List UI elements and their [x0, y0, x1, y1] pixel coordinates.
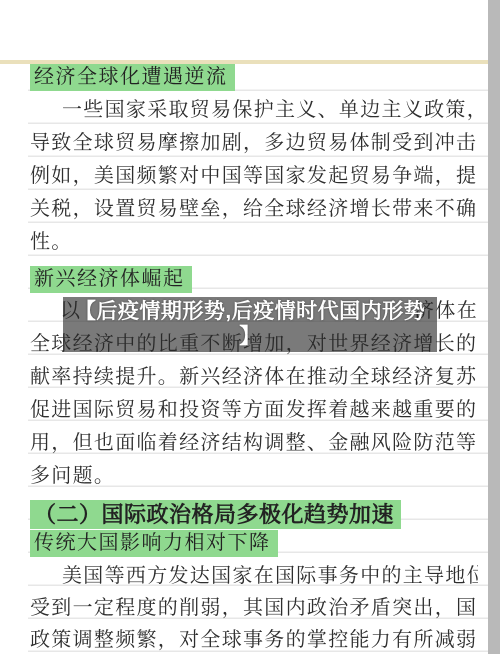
caption-banner-overlay: 【后疫情期形势,后疫情时代国内形势 】 [63, 297, 437, 352]
section-2-heading-wrap: 新兴经济体崛起 [30, 266, 192, 293]
text-line: 用，但也面临着经济结构调整、金融风险防范等诸 [30, 427, 478, 460]
section-1-heading-wrap: 经济全球化遭遇逆流 [30, 64, 235, 91]
text-line: 促进国际贸易和投资等方面发挥着越来越重要的作 [30, 394, 478, 427]
text-line: 受到一定程度的削弱，其国内政治矛盾突出，国际 [30, 592, 478, 624]
text-line: 多问题。 [30, 460, 478, 493]
caption-banner-text-line2: 】 [239, 324, 261, 349]
text-line: 性。 [30, 226, 478, 259]
section-3-subheading-wrap: 传统大国影响力相对下降 [30, 530, 278, 557]
section-3-heading-wrap: （二）国际政治格局多极化趋势加速 [30, 500, 401, 529]
notes-page-screenshot: 经济全球化遭遇逆流 一些国家采取贸易保护主义、单边主义政策， 导致全球贸易摩擦加… [0, 0, 500, 654]
section-1-heading-highlight: 经济全球化遭遇逆流 [30, 64, 235, 91]
section-1-paragraph: 一些国家采取贸易保护主义、单边主义政策， 导致全球贸易摩擦加剧，多边贸易体制受到… [30, 94, 478, 259]
caption-banner-text-line1: 【后疫情期形势,后疫情时代国内形势 [75, 299, 425, 324]
text-line: 政策调整频繁，对全球事务的掌控能力有所减弱。 [30, 624, 478, 654]
text-line: 导致全球贸易摩擦加剧，多边贸易体制受到冲击。 [30, 127, 478, 160]
section-3-paragraph: 美国等西方发达国家在国际事务中的主导地位 受到一定程度的削弱，其国内政治矛盾突出… [30, 560, 478, 654]
text-line: 关税，设置贸易壁垒，给全球经济增长带来不确定 [30, 193, 478, 226]
right-edge-strip [488, 0, 500, 654]
section-2-heading-highlight: 新兴经济体崛起 [30, 266, 192, 293]
section-2-paragraph: 全球经济中的比重不断增加，对世界经济增长的贡 献率持续提升。新兴经济体在推动全球… [30, 328, 478, 493]
text-line: 美国等西方发达国家在国际事务中的主导地位 [30, 560, 478, 592]
text-line: 一些国家采取贸易保护主义、单边主义政策， [30, 94, 478, 127]
text-line: 例如，美国频繁对中国等国家发起贸易争端，提高 [30, 160, 478, 193]
section-3-heading-highlight: （二）国际政治格局多极化趋势加速 [30, 500, 401, 529]
section-3-subheading-highlight: 传统大国影响力相对下降 [30, 530, 278, 557]
text-line: 献率持续提升。新兴经济体在推动全球经济复苏、 [30, 361, 478, 394]
